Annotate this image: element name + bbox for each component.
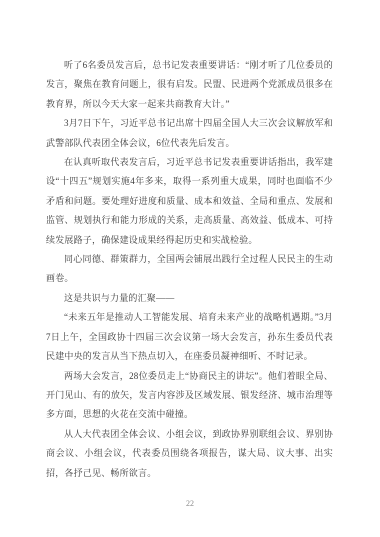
paragraph: 这是共识与力量的汇聚—— — [46, 289, 333, 308]
paragraph: 在认真听取代表发言后，习近平总书记发表重要讲话指出，我军建设“十四五”规划实施4… — [46, 153, 333, 250]
paragraph: 同心同德、群策群力，全国两会铺展出践行全过程人民民主的生动画卷。 — [46, 250, 333, 289]
page-number: 22 — [0, 499, 380, 508]
text-block: 听了6名委员发言后，总书记发表重要讲话：“刚才听了几位委员的发言，聚焦在教育问题… — [46, 56, 333, 483]
paragraph: 从人大代表团全体会议、小组会议，到政协界别联组会议、界别协商会议、小组会议，代表… — [46, 425, 333, 483]
paragraph: “未来五年是推动人工智能发展、培育未来产业的战略机遇期。”3月7日上午，全国政协… — [46, 308, 333, 366]
document-page: 听了6名委员发言后，总书记发表重要讲话：“刚才听了几位委员的发言，聚焦在教育问题… — [0, 0, 380, 537]
paragraph: 3月7日下午，习近平总书记出席十四届全国人大三次会议解放军和武警部队代表团全体会… — [46, 114, 333, 153]
paragraph: 两场大会发言，28位委员走上“协商民主的讲坛”。他们着眼全局、开门见山、有的放矢… — [46, 367, 333, 425]
paragraph: 听了6名委员发言后，总书记发表重要讲话：“刚才听了几位委员的发言，聚焦在教育问题… — [46, 56, 333, 114]
